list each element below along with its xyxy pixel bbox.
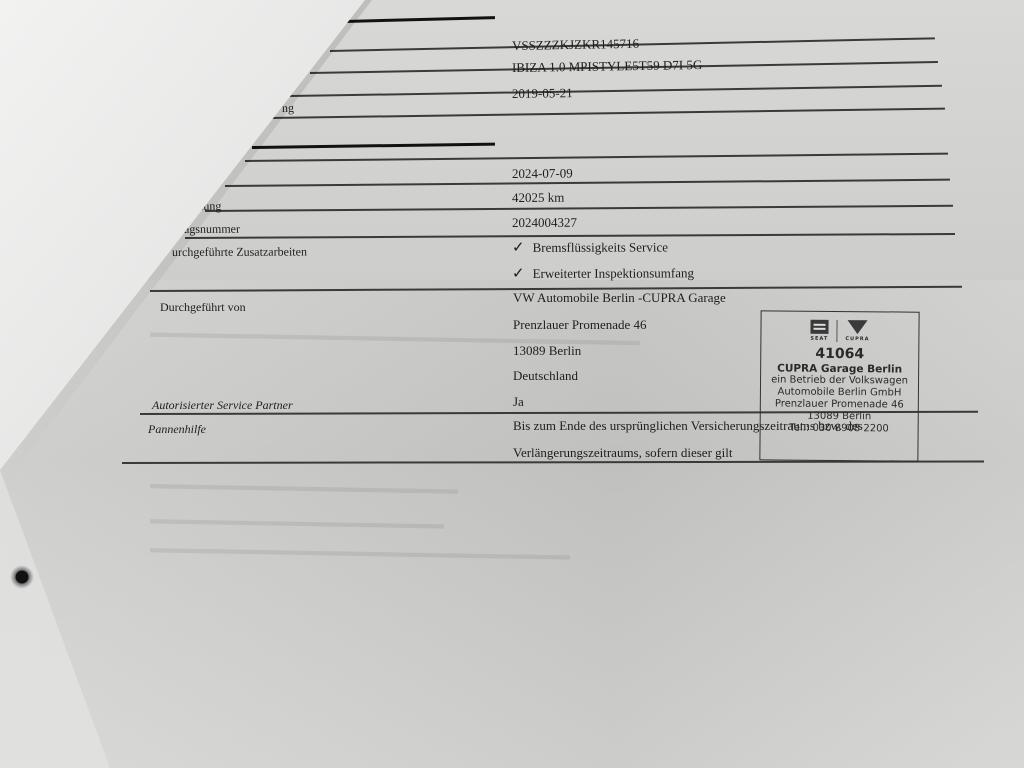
extra-work-item-label: Bremsflüssigkeits Service [533,239,668,254]
model-value: IBIZA 1.0 MPISTYLE5T59 D7I 5G [512,57,703,76]
performed-by-line: VW Automobile Berlin -CUPRA Garage [513,290,726,306]
mileage-label: tung [200,199,221,214]
row-divider [270,108,945,119]
check-icon: ✓ [512,264,525,282]
seat-logo: SEAT [810,320,828,342]
performed-by-line: 13089 Berlin [513,343,581,359]
seat-logo-icon [810,320,828,334]
cupra-logo-icon [847,320,867,334]
stamp-line: Tel.: 030 8908 2200 [761,422,918,435]
section-divider [345,16,495,23]
row-divider [205,205,953,212]
row-divider [225,179,950,187]
extra-work-label: urchgeführte Zusatzarbeiten [172,245,307,260]
authorized-partner-label: Autorisierter Service Partner [152,398,293,413]
stamp-line: Prenzlauer Promenade 46 [761,398,918,411]
binder-hole [4,565,34,589]
extra-work-item-label: Erweiterter Inspektionsumfang [533,265,694,281]
vin-value: VSSZZZKJZKR145716 [512,36,639,54]
first-registration-value: 2019-05-21 [512,85,573,102]
service-date-value: 2024-07-09 [512,165,573,182]
performed-by-label: Durchgeführt von [160,300,246,315]
order-number-label: ragsnummer [180,222,240,237]
row-divider [290,85,942,97]
mileage-value: 42025 km [512,190,564,206]
section-divider [252,143,495,149]
performed-by-line: Deutschland [513,368,578,384]
order-number-value: 2024004327 [512,215,577,231]
breakdown-assistance-line: Verlängerungszeitraums, sofern dieser gi… [513,445,732,461]
breakdown-assistance-label: Pannenhilfe [148,422,206,437]
authorized-partner-value: Ja [513,394,524,410]
check-icon: ✓ [512,238,525,256]
first-registration-label: ng [282,101,294,116]
document-page: ▬▬▬▬▬▬▬▬▬▬▬▬▬▬▬▬▬▬▬▬▬▬▬▬▬▬▬▬▬▬▬▬▬▬▬ ▬▬▬▬… [0,0,1024,768]
extra-work-item: ✓Erweiterter Inspektionsumfang [512,263,694,282]
cupra-logo: CUPRA [845,320,869,342]
performed-by-line: Prenzlauer Promenade 46 [513,317,647,333]
extra-work-item: ✓Bremsflüssigkeits Service [512,237,668,256]
dealer-stamp: SEAT CUPRA 41064 CUPRA Garage Berlin ein… [759,310,919,461]
row-divider [245,153,948,162]
dealer-number: 41064 [761,345,918,362]
